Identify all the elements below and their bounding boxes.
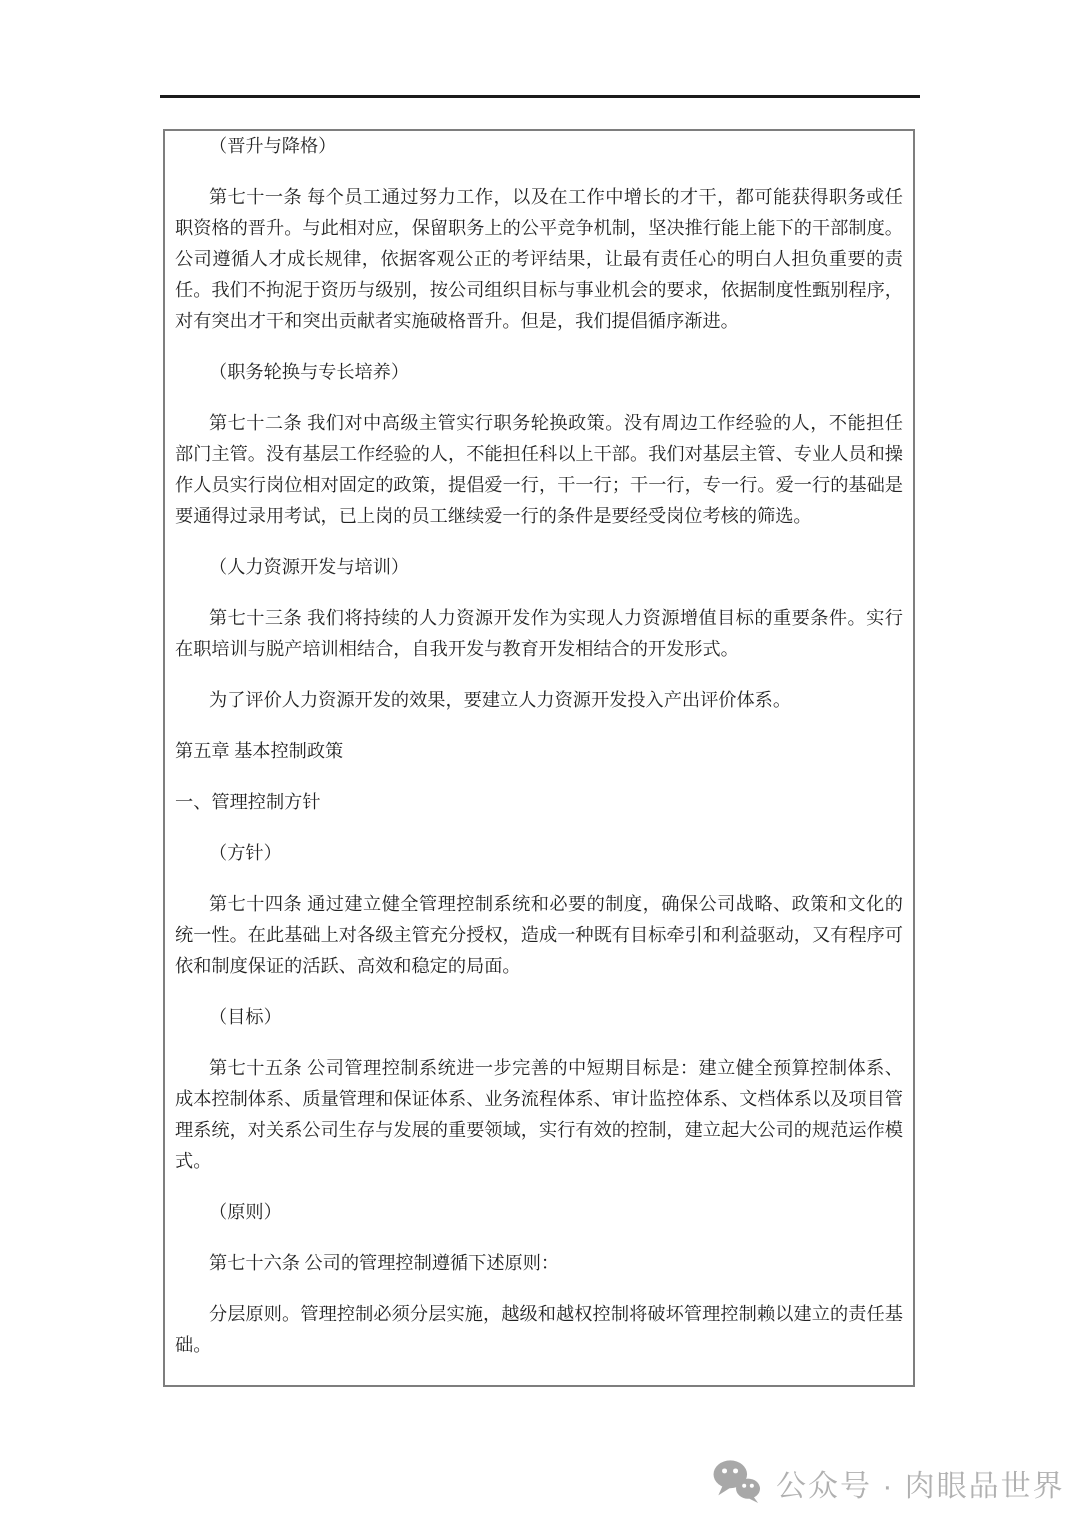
section-heading: 一、管理控制方针 bbox=[175, 787, 903, 818]
wechat-icon bbox=[712, 1458, 762, 1509]
section-subheading: （目标） bbox=[175, 1002, 903, 1033]
article-paragraph-continued: 例外原则。凡具有重复性质的例常工作，都应制订出规则和程序，授权下级处理。上级 bbox=[175, 1381, 903, 1387]
watermark: 公众号 · 肉眼品世界 bbox=[712, 1458, 1065, 1508]
article-paragraph: 第七十三条 我们将持续的人力资源开发作为实现人力资源增值目标的重要条件。实行在职… bbox=[175, 603, 903, 665]
section-subheading: （人力资源开发与培训） bbox=[175, 552, 903, 583]
article-paragraph: 第七十五条 公司管理控制系统进一步完善的中短期目标是：建立健全预算控制体系、成本… bbox=[175, 1053, 903, 1177]
section-subheading: （原则） bbox=[175, 1197, 903, 1228]
chapter-heading: 第五章 基本控制政策 bbox=[175, 736, 903, 767]
article-paragraph: 第七十四条 通过建立健全管理控制系统和必要的制度，确保公司战略、政策和文化的统一… bbox=[175, 889, 903, 982]
article-paragraph: 第七十二条 我们对中高级主管实行职务轮换政策。没有周边工作经验的人，不能担任部门… bbox=[175, 408, 903, 532]
section-subheading: （晋升与降格） bbox=[175, 131, 903, 162]
article-paragraph: 为了评价人力资源开发的效果，要建立人力资源开发投入产出评价体系。 bbox=[175, 685, 903, 716]
article-paragraph: 第七十六条 公司的管理控制遵循下述原则： bbox=[175, 1248, 903, 1279]
watermark-text: 公众号 · 肉眼品世界 bbox=[776, 1461, 1065, 1505]
article-paragraph: 第七十一条 每个员工通过努力工作，以及在工作中增长的才干，都可能获得职务或任职资… bbox=[175, 182, 903, 337]
section-subheading: （方针） bbox=[175, 838, 903, 869]
document-text-frame: （晋升与降格） 第七十一条 每个员工通过努力工作，以及在工作中增长的才干，都可能… bbox=[163, 129, 915, 1387]
section-subheading: （职务轮换与专长培养） bbox=[175, 357, 903, 388]
page-header-rule bbox=[160, 95, 920, 98]
article-paragraph: 分层原则。管理控制必须分层实施，越级和越权控制将破坏管理控制赖以建立的责任基础。 bbox=[175, 1299, 903, 1361]
